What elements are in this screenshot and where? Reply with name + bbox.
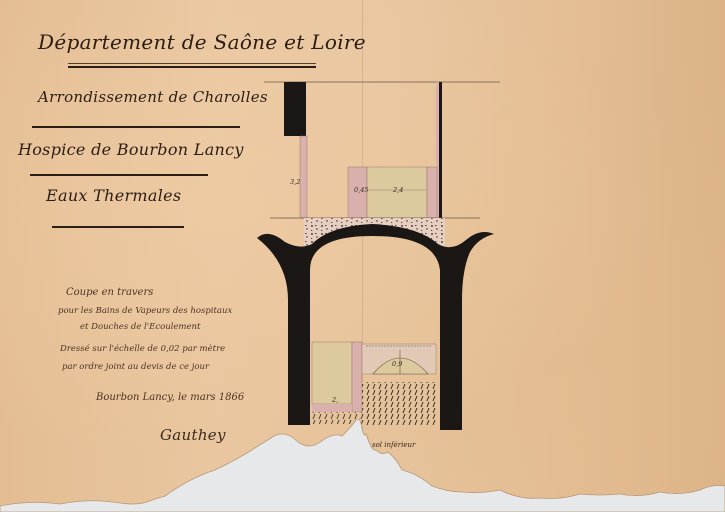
torn-edge bbox=[0, 0, 725, 512]
missing-paper-area bbox=[0, 419, 725, 512]
